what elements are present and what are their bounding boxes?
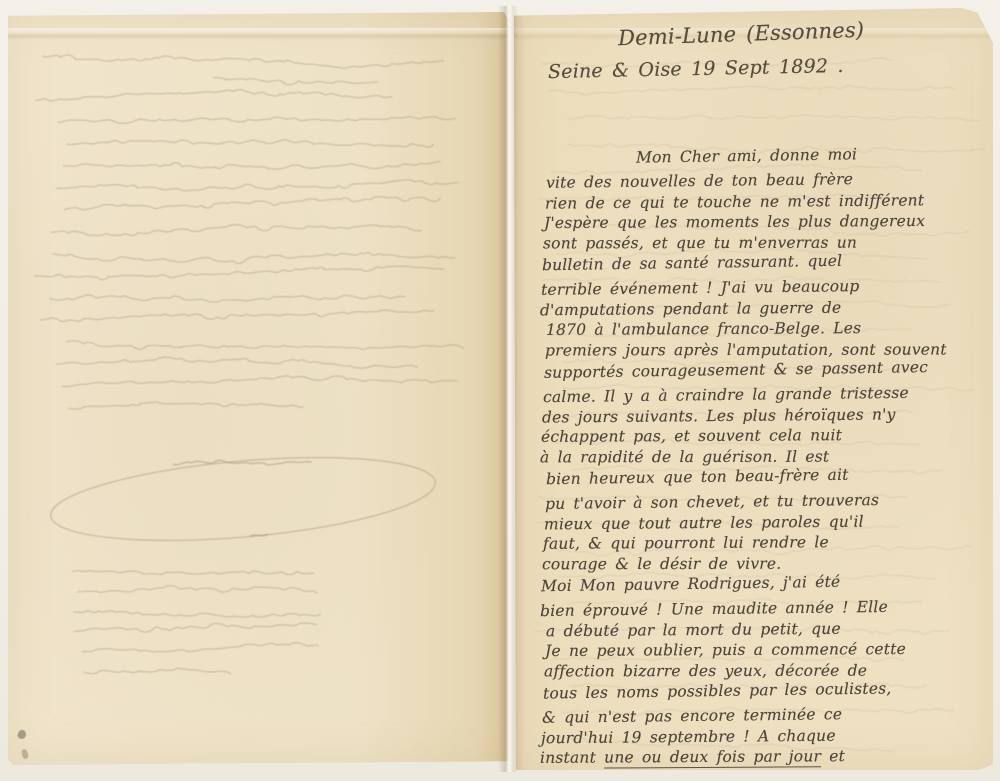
letter-line: faut, & qui pourront lui rendre le — [543, 532, 829, 554]
letter-line: Mon Cher ami, donne moi — [636, 144, 857, 167]
letter-line: d'amputations pendant la guerre de — [540, 297, 841, 320]
letter-line: vite des nouvelles de ton beau frère — [546, 170, 853, 194]
letter-line: Moi Mon pauvre Rodrigues, j'ai été — [541, 572, 841, 596]
letter-line: bulletin de sa santé rassurant. quel — [542, 251, 843, 276]
letter-line: J'espère que les moments les plus danger… — [544, 211, 925, 233]
letter-line: des jours suivants. Les plus héroïques n… — [542, 404, 896, 427]
letter-date-line: Seine & Oise 19 Sept 1892 . — [548, 55, 844, 83]
fold-crease — [8, 28, 508, 40]
bleedthrough-handwriting — [8, 12, 508, 765]
letter-line: pu t'avoir à son chevet, et tu trouveras — [545, 490, 879, 514]
right-page: Demi-Lune (Essonnes) Seine & Oise 19 Sep… — [512, 8, 993, 770]
letter-line: bien heureux que ton beau-frère ait — [546, 465, 849, 490]
letter-line: sont passés, et que tu m'enverras un — [543, 232, 857, 253]
letter-line: échappent pas, et souvent cela nuit — [541, 425, 842, 447]
letter-line: jourd'hui 19 septembre ! A chaque — [541, 726, 836, 749]
letter-line: 1870 à l'ambulance franco-Belge. Les — [546, 318, 861, 340]
letter-line: tous les noms possibles par les oculiste… — [543, 678, 892, 703]
letter-line: courage & le désir de vivre. — [542, 553, 781, 574]
letter-line: rien de ce qui te touche ne m'est indiff… — [545, 190, 924, 213]
letter-line: instant une ou deux fois par jour et — [540, 746, 845, 768]
letter-line: affection bizarre des yeux, décorée de — [544, 660, 867, 681]
letter-line: mieux que tout autre les paroles qu'il — [544, 511, 864, 534]
letter-line: Je ne peux oublier, puis a commencé cett… — [545, 639, 906, 661]
letter-line: terrible événement ! J'ai vu beaucoup — [541, 277, 860, 301]
gutter-shadow — [512, 8, 526, 770]
left-page — [8, 12, 508, 765]
letter-place-line: Demi-Lune (Essonnes) — [618, 18, 865, 51]
letter-line: a débuté par la mort du petit, que — [546, 619, 841, 642]
underlined-phrase: une ou deux fois par jour — [604, 747, 821, 768]
bleedthrough-signature — [47, 444, 438, 553]
pencil-annotation — [17, 729, 28, 740]
letter-scan: Demi-Lune (Essonnes) Seine & Oise 19 Sep… — [0, 0, 1000, 781]
letter-line: à la rapidité de la guérison. Il est — [540, 446, 829, 467]
letter-line: supportés courageusement & se passent av… — [544, 357, 928, 383]
letter-line: & qui n'est pas encore terminée ce — [542, 705, 842, 729]
pencil-annotation — [21, 748, 29, 759]
